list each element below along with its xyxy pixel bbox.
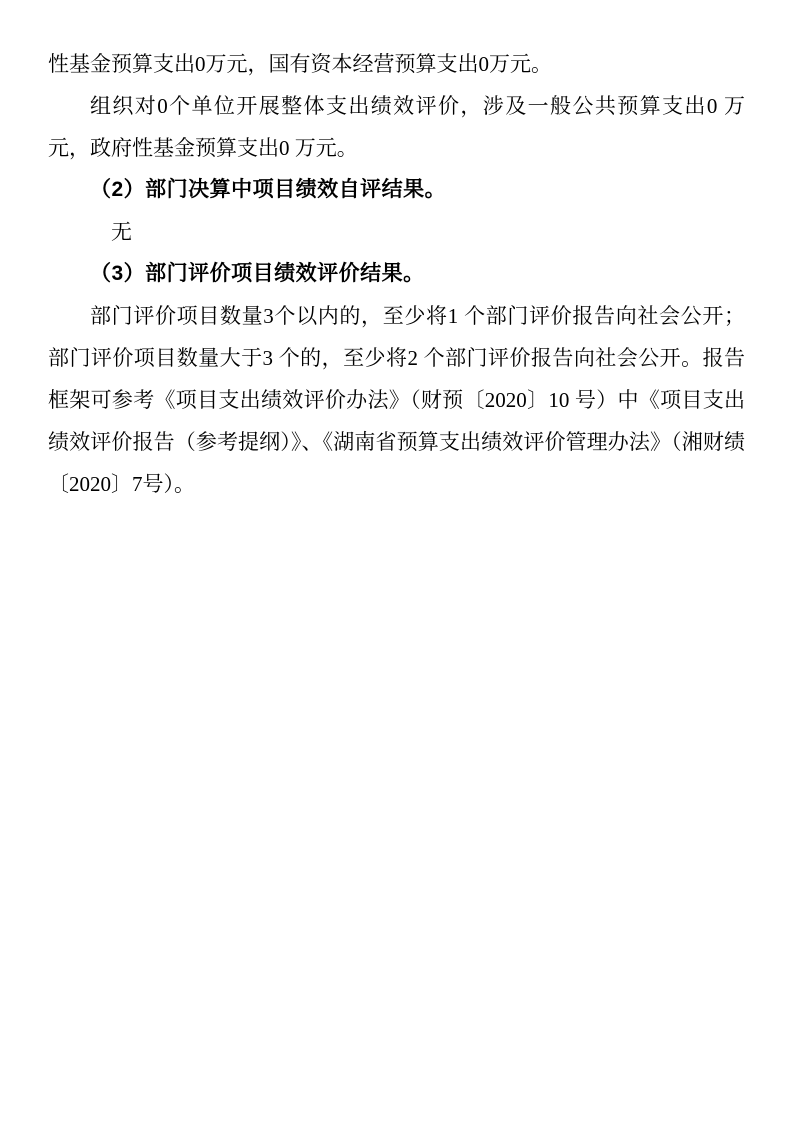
heading-item-3: （3）部门评价项目绩效评价结果。 (48, 253, 745, 295)
heading-item-2: （2）部门决算中项目绩效自评结果。 (48, 169, 745, 211)
paragraph-continuation: 性基金预算支出0万元，国有资本经营预算支出0万元。 (48, 43, 745, 85)
paragraph-overall-evaluation: 组织对0个单位开展整体支出绩效评价，涉及一般公共预算支出0 万元，政府性基金预算… (48, 85, 745, 169)
paragraph-department-evaluation: 部门评价项目数量3个以内的，至少将1 个部门评价报告向社会公开；部门评价项目数量… (48, 295, 745, 505)
document-page: 性基金预算支出0万元，国有资本经营预算支出0万元。 组织对0个单位开展整体支出绩… (0, 0, 793, 1122)
paragraph-answer-none: 无 (48, 211, 745, 253)
